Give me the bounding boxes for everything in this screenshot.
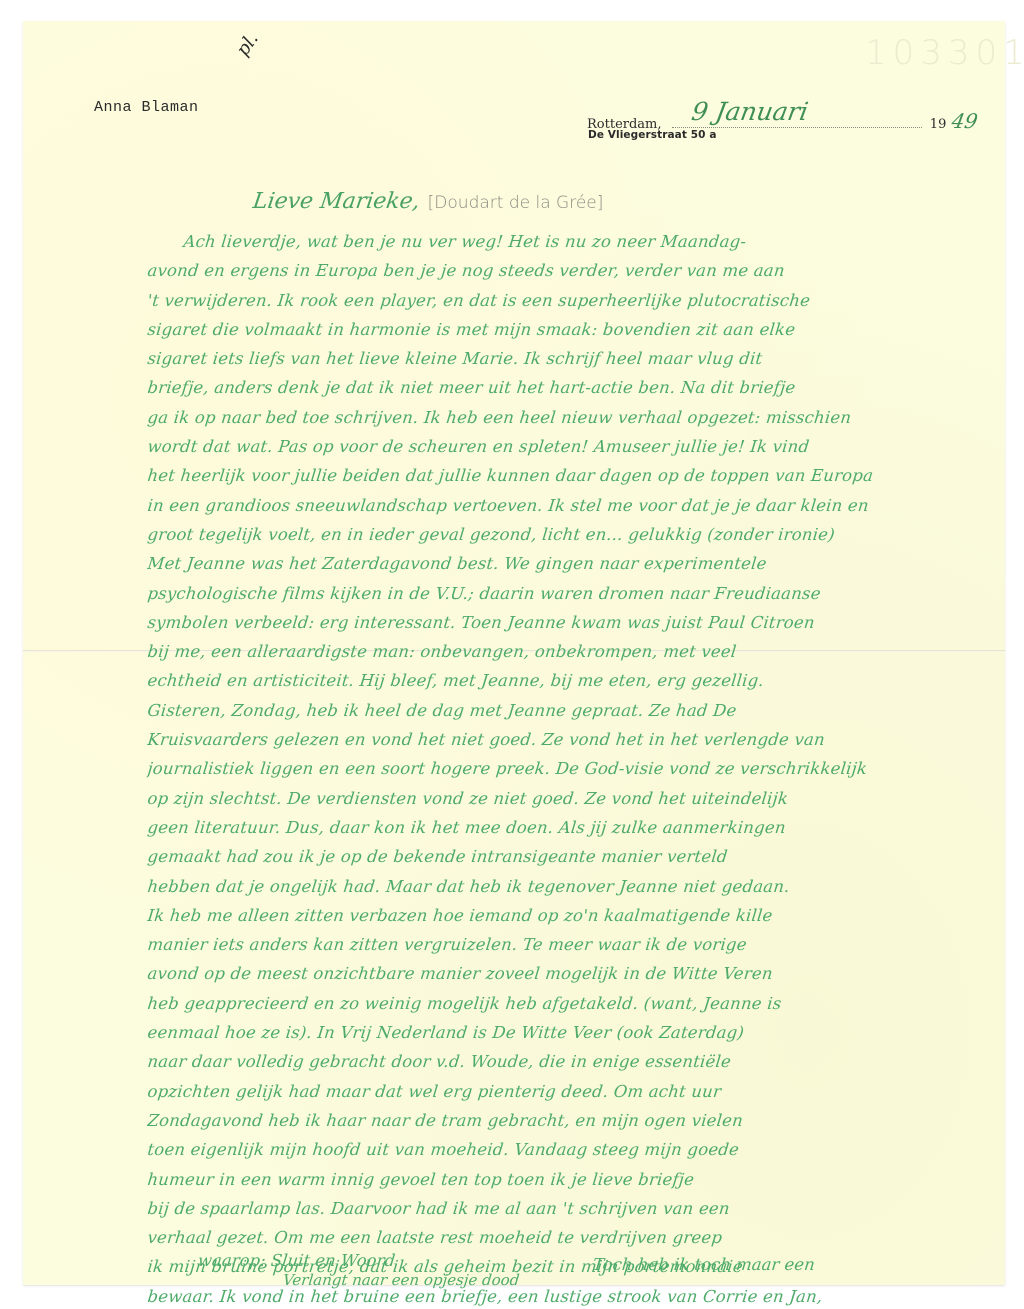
- body-line: eenmaal hoe ze is). In Vrij Nederland is…: [146, 1018, 1004, 1047]
- body-line: avond en ergens in Europa ben je je nog …: [146, 256, 1004, 285]
- body-line: Gisteren, Zondag, heb ik heel de dag met…: [146, 696, 1004, 725]
- body-line: wordt dat wat. Pas op voor de scheuren e…: [146, 432, 1004, 461]
- body-line: Ik heb me alleen zitten verbazen hoe iem…: [146, 901, 1004, 930]
- body-line: in een grandioos sneeuwlandschap vertoev…: [146, 491, 1004, 520]
- body-line: gemaakt had zou ik je op de bekende intr…: [146, 842, 1004, 871]
- editorial-annotation: [Doudart de la Grée]: [428, 193, 604, 213]
- body-line: journalistiek liggen en een soort hogere…: [146, 754, 1004, 783]
- sender-name: Anna Blaman: [94, 99, 199, 116]
- body-line: bij me, een alleraardigste man: onbevang…: [146, 637, 1004, 666]
- body-line: opzichten gelijk had maar dat wel erg pi…: [146, 1077, 1004, 1106]
- body-line: sigaret iets liefs van het lieve kleine …: [146, 344, 1004, 373]
- body-line: Met Jeanne was het Zaterdagavond best. W…: [146, 549, 1004, 578]
- body-line: toen eigenlijk mijn hoofd uit van moehei…: [146, 1135, 1004, 1164]
- body-line: Zondagavond heb ik haar naar de tram geb…: [146, 1106, 1004, 1135]
- body-line: verhaal gezet. Om me een laatste rest mo…: [146, 1223, 1004, 1252]
- closing-lines: waarop: Sluit en Woord Verlangt naar een…: [173, 1251, 993, 1301]
- sender-address: De Vliegerstraat 50 a: [588, 129, 717, 141]
- body-line: bij de spaarlamp las. Daarvoor had ik me…: [146, 1194, 1004, 1223]
- archive-stamp: 103301: [865, 33, 1024, 73]
- letter-body: Ach lieverdje, wat ben je nu ver weg! He…: [146, 227, 1001, 1309]
- body-line: geen literatuur. Dus, daar kon ik het me…: [146, 813, 1004, 842]
- salutation: Lieve Marieke, [Doudart de la Grée]: [253, 189, 603, 214]
- closing-line-left: waarop: Sluit en Woord: [197, 1251, 396, 1270]
- body-line: psychologische films kijken in de V.U.; …: [146, 579, 1004, 608]
- body-line: manier iets anders kan zitten vergruizel…: [146, 930, 1004, 959]
- closing-line-right: Toch heb ik toch maar een: [592, 1255, 816, 1274]
- body-line: op zijn slechtst. De verdiensten vond ze…: [146, 784, 1004, 813]
- closing-line-sub: Verlangt naar een opjesje dood: [282, 1271, 520, 1289]
- year-printed: 19: [930, 117, 947, 132]
- body-line: avond op de meest onzichtbare manier zov…: [146, 959, 1004, 988]
- letter-page: 103301 pl. Anna Blaman Rotterdam, 9 Janu…: [23, 21, 1005, 1285]
- body-line: echtheid en artisticiteit. Hij bleef, me…: [146, 666, 1004, 695]
- body-line: hebben dat je ongelijk had. Maar dat heb…: [146, 872, 1004, 901]
- body-line: groot tegelijk voelt, en in ieder geval …: [146, 520, 1004, 549]
- date-dotted-line: 9 Januari: [672, 117, 922, 128]
- body-line: humeur in een warm innig gevoel ten top …: [146, 1165, 1004, 1194]
- body-line: het heerlijk voor jullie beiden dat jull…: [146, 461, 1004, 490]
- handwritten-date: 9 Januari: [689, 97, 810, 126]
- pencil-note: pl.: [232, 29, 262, 60]
- body-line: sigaret die volmaakt in harmonie is met …: [146, 315, 1004, 344]
- greeting: Lieve Marieke,: [251, 189, 421, 214]
- body-line: 't verwijderen. Ik rook een player, en d…: [146, 286, 1004, 315]
- body-line: Ach lieverdje, wat ben je nu ver weg! He…: [146, 227, 1004, 256]
- body-line: briefje, anders denk je dat ik niet meer…: [146, 373, 1004, 402]
- body-line: naar daar volledig gebracht door v.d. Wo…: [146, 1047, 1004, 1076]
- body-line: heb geapprecieerd en zo weinig mogelijk …: [146, 989, 1004, 1018]
- body-line: ga ik op naar bed toe schrijven. Ik heb …: [146, 403, 1004, 432]
- body-line: Kruisvaarders gelezen en vond het niet g…: [146, 725, 1004, 754]
- year-handwritten: 49: [950, 109, 980, 133]
- body-line: symbolen verbeeld: erg interessant. Toen…: [146, 608, 1004, 637]
